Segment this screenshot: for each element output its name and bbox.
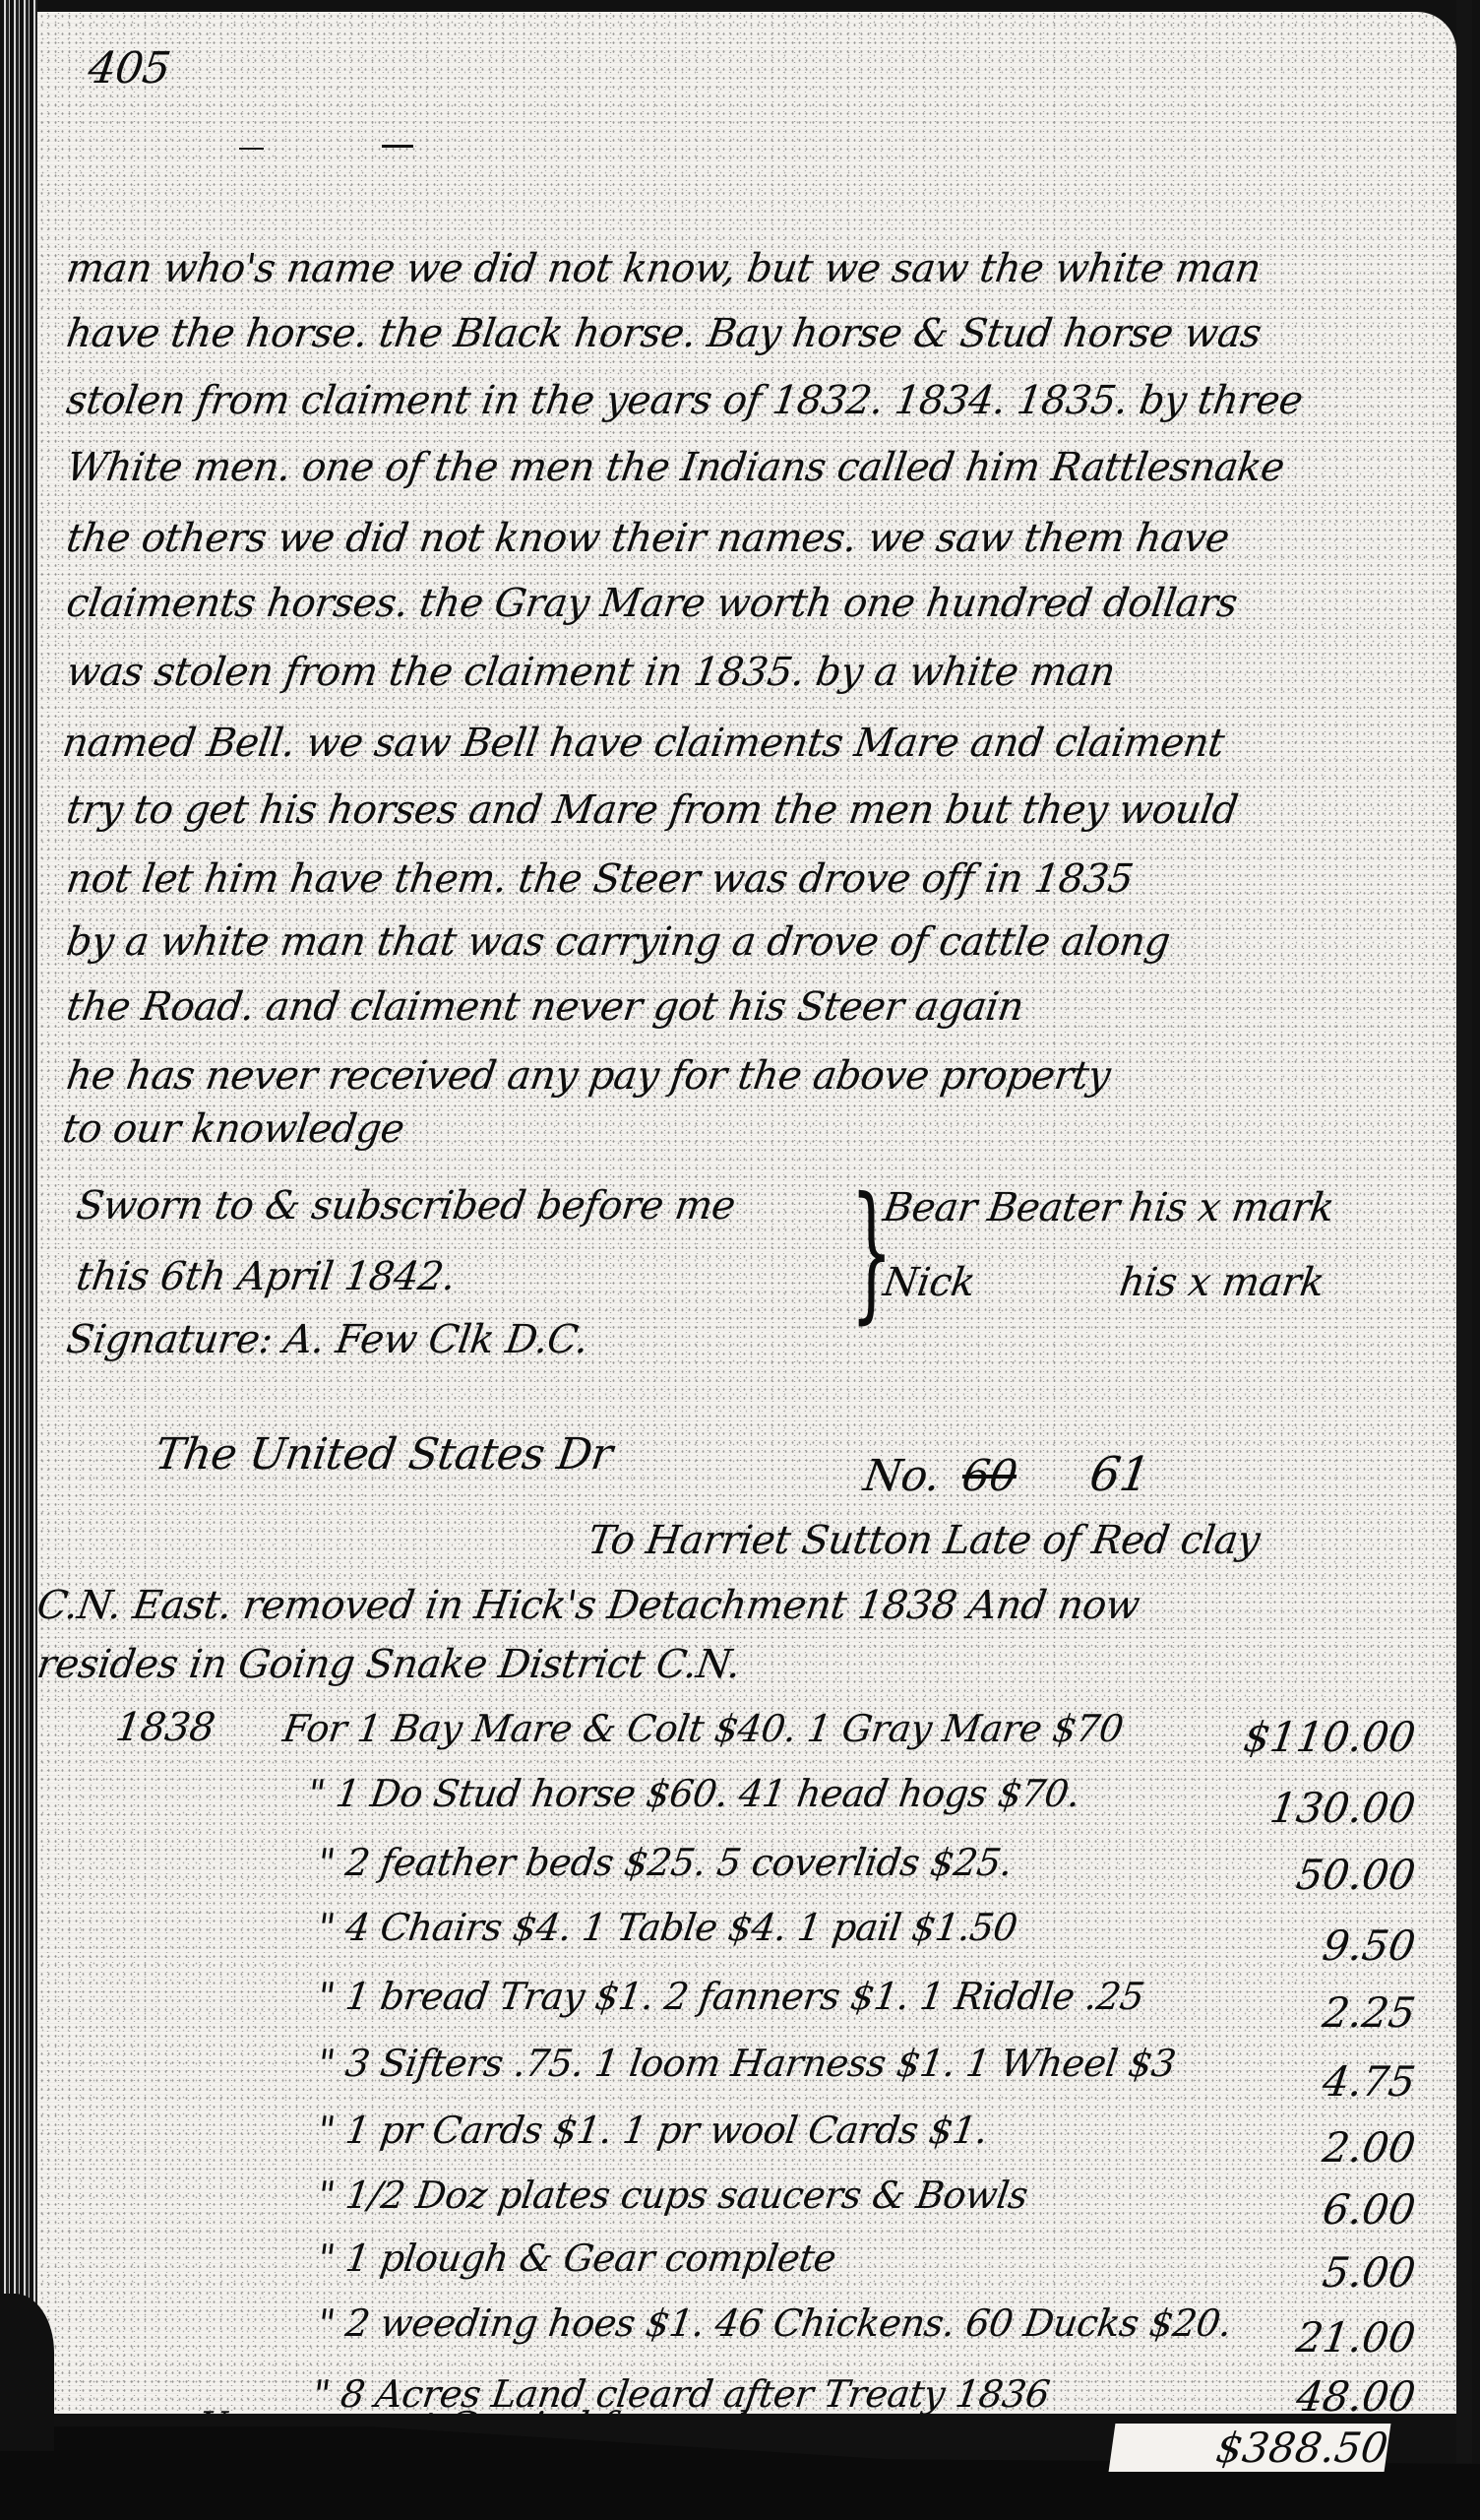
claim-number-label: No. [860, 1451, 943, 1501]
page-right-edge [1456, 0, 1472, 2520]
signatory-mark: his x mark [1127, 1185, 1337, 1230]
text-line: named Bell. we saw Bell have claiments M… [60, 721, 1227, 766]
item-description: " 1 bread Tray $1. 2 fanners $1. 1 Riddl… [315, 1975, 1146, 2018]
jurat-line: Sworn to & subscribed before me [74, 1183, 738, 1228]
jurat-clerk-signature: Signature: A. Few Clk D.C. [64, 1317, 591, 1362]
carried-forward-label: Your amount Carried forward [197, 2404, 750, 2414]
item-description: " 4 Chairs $4. 1 Table $4. 1 pail $1.50 [315, 1906, 1019, 1949]
item-amount: 48.00 [1186, 2372, 1419, 2414]
item-amount: $110.00 [1186, 1713, 1419, 1761]
manuscript-page: 405 man who's name we did not know, but … [18, 12, 1456, 2414]
text-line: was stolen from the claiment in 1835. by… [64, 650, 1118, 695]
text-line: not let him have them. the Steer was dro… [64, 856, 1136, 902]
text-line: have the horse. the Black horse. Bay hor… [64, 311, 1264, 356]
ink-mark [239, 148, 264, 150]
thumb-shadow [0, 2294, 54, 2451]
text-line: claiments horses. the Gray Mare worth on… [64, 581, 1240, 626]
text-line: by a white man that was carrying a drove… [64, 919, 1173, 965]
signatory-name: Bear Beater [881, 1185, 1122, 1230]
item-amount: 21.00 [1186, 2313, 1419, 2362]
claim-number-struck: 60 [958, 1451, 1019, 1501]
item-description: " 2 feather beds $25. 5 coverlids $25. [315, 1841, 1015, 1884]
ink-mark [382, 145, 413, 148]
claim-year: 1838 [113, 1705, 217, 1750]
signatory-mark: his x mark [1117, 1260, 1327, 1305]
item-description: " 1 plough & Gear complete [315, 2236, 838, 2280]
text-line: to our knowledge [60, 1106, 407, 1152]
text-line: he has never received any pay for the ab… [64, 1053, 1113, 1099]
claim-total: $388.50 [1109, 2424, 1391, 2472]
item-description: " 2 weeding hoes $1. 46 Chickens. 60 Duc… [315, 2301, 1234, 2345]
item-description: " 1 pr Cards $1. 1 pr wool Cards $1. [315, 2109, 990, 2152]
item-amount: 130.00 [1186, 1784, 1419, 1832]
item-amount: 50.00 [1186, 1851, 1419, 1899]
item-amount: 6.00 [1186, 2185, 1419, 2234]
claim-number: 61 [1086, 1447, 1153, 1502]
text-line: White men. one of the men the Indians ca… [64, 445, 1287, 490]
item-description: " 1/2 Doz plates cups saucers & Bowls [315, 2173, 1030, 2217]
text-line: stolen from claiment in the years of 183… [64, 378, 1306, 423]
jurat-date: this 6th April 1842. [74, 1254, 459, 1299]
item-amount: 9.50 [1186, 1921, 1419, 1970]
origin-line: C.N. East. removed in Hick's Detachment … [34, 1583, 1142, 1628]
item-description: For 1 Bay Mare & Colt $40. 1 Gray Mare $… [280, 1707, 1126, 1750]
item-amount: 4.75 [1186, 2057, 1419, 2106]
text-line: the Road. and claiment never got his Ste… [64, 984, 1026, 1030]
page-number: 405 [85, 43, 173, 94]
claimant-line: To Harriet Sutton Late of Red clay [586, 1518, 1263, 1563]
text-line: try to get his horses and Mare from the … [64, 787, 1241, 833]
book-binding-edge [0, 0, 37, 2520]
claim-heading: The United States Dr [152, 1429, 615, 1480]
origin-line: resides in Going Snake District C.N. [34, 1642, 744, 1687]
text-line: man who's name we did not know, but we s… [64, 246, 1264, 291]
signatory-name: Nick [881, 1260, 978, 1305]
text-line: the others we did not know their names. … [64, 516, 1232, 561]
item-amount: 5.00 [1186, 2248, 1419, 2297]
item-amount: 2.00 [1186, 2123, 1419, 2172]
item-amount: 2.25 [1186, 1988, 1419, 2037]
item-description: " 1 Do Stud horse $60. 41 head hogs $70. [305, 1772, 1082, 1815]
item-description: " 3 Sifters .75. 1 loom Harness $1. 1 Wh… [315, 2042, 1178, 2085]
